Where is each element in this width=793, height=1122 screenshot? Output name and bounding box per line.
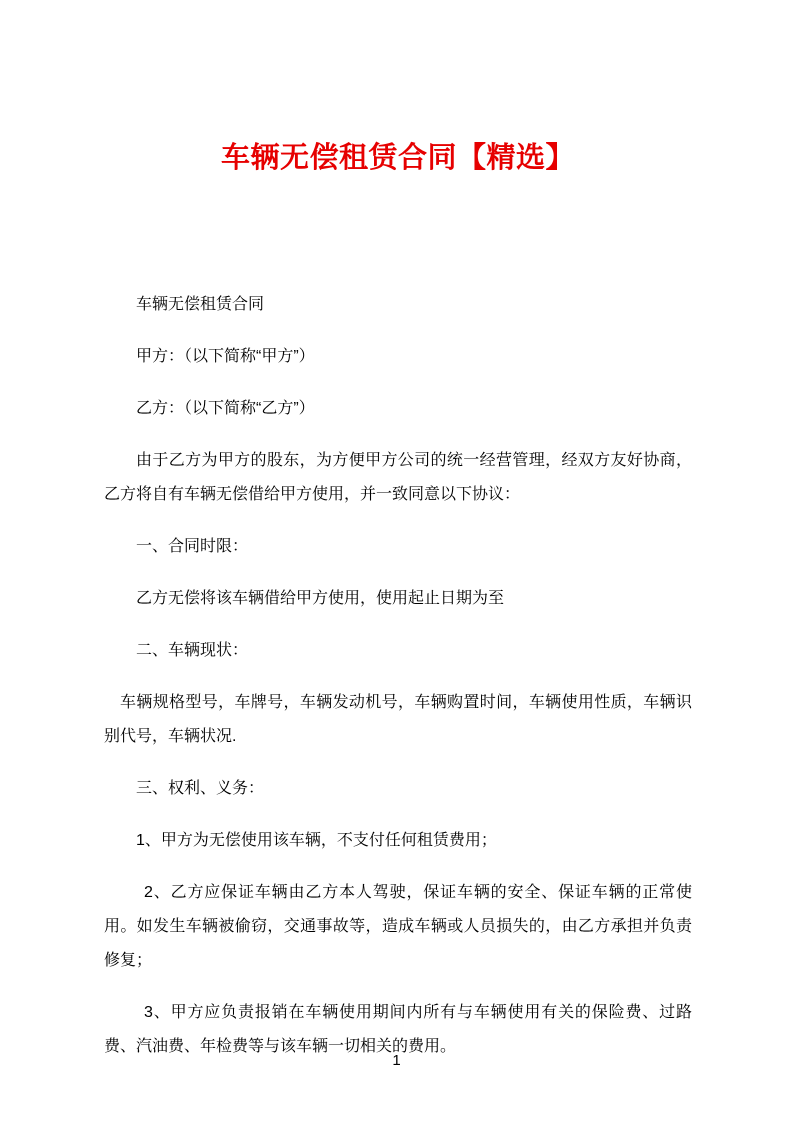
page-number: 1 [0,1051,793,1071]
section-1-heading: 一、合同时限： [104,530,692,564]
section-2-body: 车辆规格型号，车牌号，车辆发动机号，车辆购置时间，车辆使用性质，车辆识别代号，车… [104,686,692,754]
section-1-body: 乙方无偿将该车辆借给甲方使用，使用起止日期为至 [104,582,692,616]
document-content: 车辆无偿租赁合同【精选】 车辆无偿租赁合同 甲方：（以下简称“甲方”） 乙方：（… [104,0,692,1082]
document-title: 车辆无偿租赁合同【精选】 [104,139,692,177]
paragraph-subtitle: 车辆无偿租赁合同 [104,288,692,322]
section-3-heading: 三、权利、义务： [104,772,692,806]
document-page: 车辆无偿租赁合同【精选】 车辆无偿租赁合同 甲方：（以下简称“甲方”） 乙方：（… [0,0,793,1122]
section-2-heading: 二、车辆现状： [104,634,692,668]
clause-2: 2、乙方应保证车辆由乙方本人驾驶，保证车辆的安全、保证车辆的正常使用。如发生车辆… [104,876,692,978]
clause-1: 1、甲方为无偿使用该车辆，不支付任何租赁费用； [104,824,692,858]
document-body: 车辆无偿租赁合同 甲方：（以下简称“甲方”） 乙方：（以下简称“乙方”） 由于乙… [104,288,692,1064]
paragraph-party-a: 甲方：（以下简称“甲方”） [104,340,692,374]
paragraph-party-b: 乙方：（以下简称“乙方”） [104,392,692,426]
paragraph-preamble: 由于乙方为甲方的股东，为方便甲方公司的统一经营管理，经双方友好协商，乙方将自有车… [104,444,692,512]
